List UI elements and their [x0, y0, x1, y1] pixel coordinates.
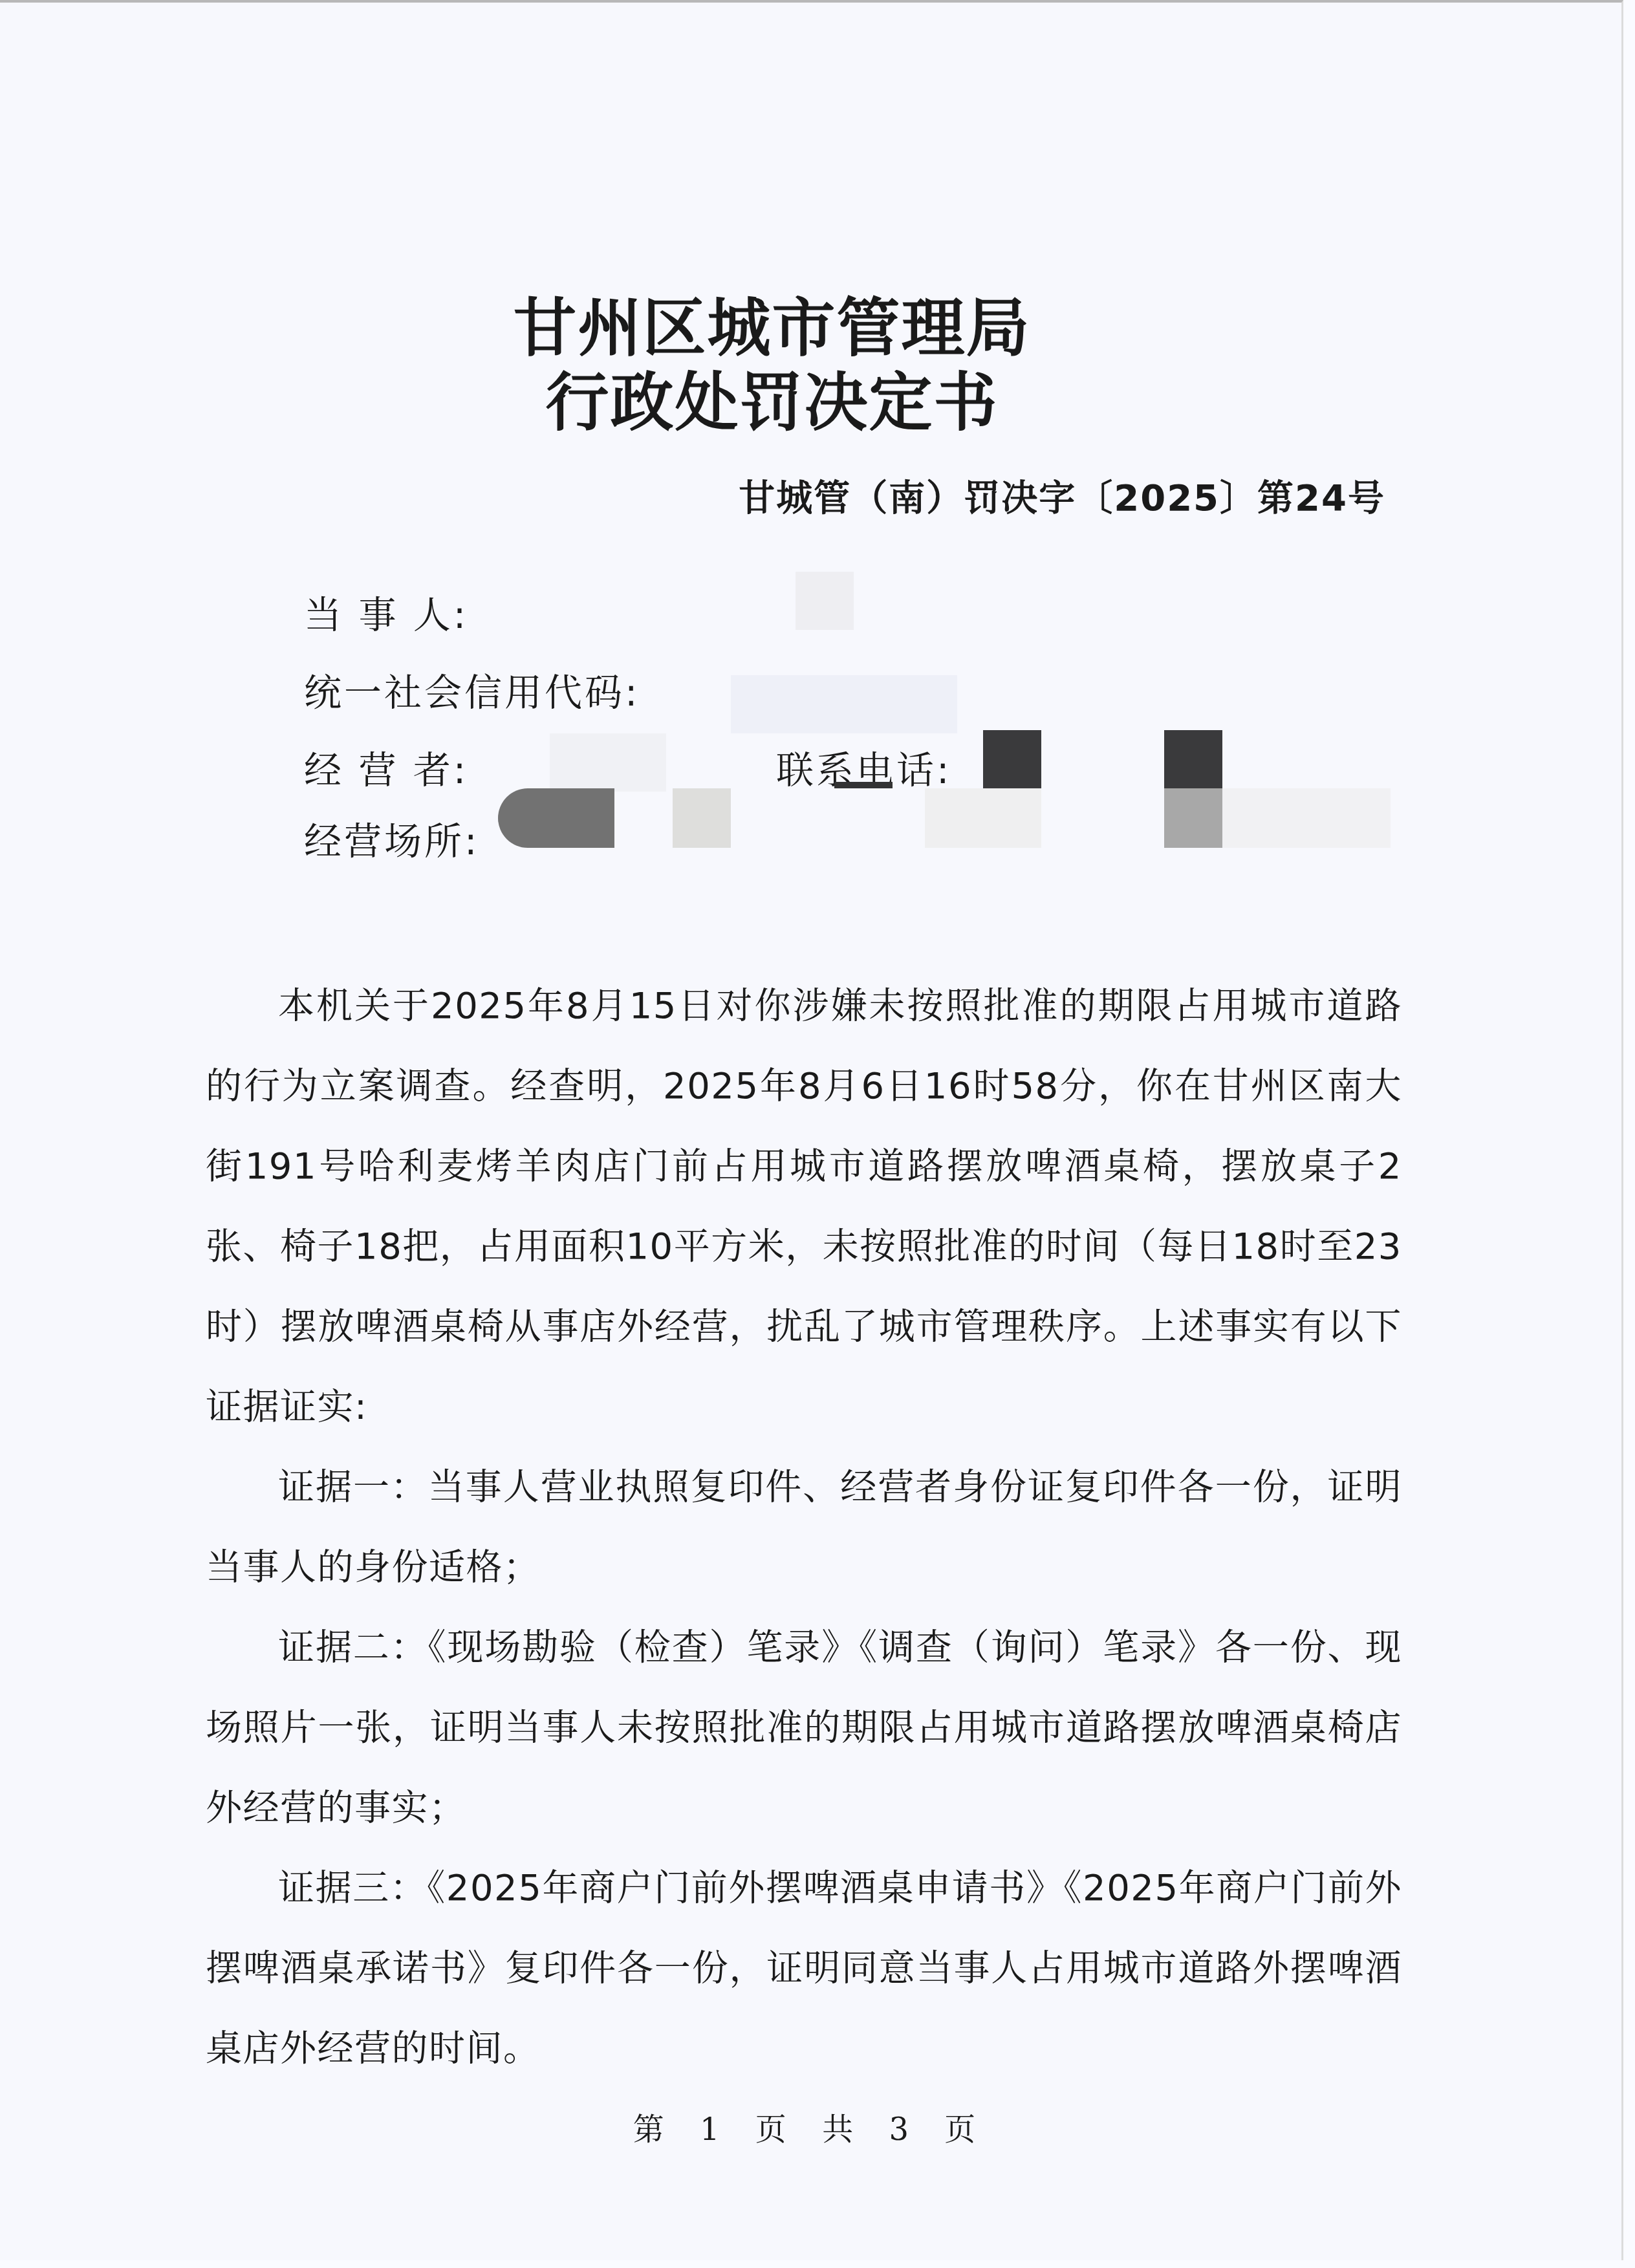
premises-redaction-block-1 [498, 788, 614, 848]
premises-redaction-block-4 [925, 788, 1041, 848]
party-label: 当 事 人: [304, 585, 468, 639]
phone-redaction-block-2 [1164, 730, 1222, 788]
page-indicator: 第 1 页 共 3 页 [0, 2104, 1621, 2149]
document-type-title: 行政处罚决定书 [0, 371, 1583, 435]
premises-redaction-block-5 [1164, 788, 1222, 848]
party-value-redaction [796, 572, 854, 630]
phone-redaction-block-1 [983, 730, 1041, 788]
evidence-two-paragraph: 证据二：《现场勘验（检查）笔录》《调查（询问）笔录》各一份、现场照片一张，证明当… [206, 1608, 1402, 1848]
decision-body: 本机关于2025年8月15日对你涉嫌未按照批准的期限占用城市道路的行为立案调查。… [206, 966, 1402, 2089]
premises-label: 经营场所: [304, 811, 480, 865]
credit-code-redaction [731, 675, 957, 733]
credit-code-label: 统一社会信用代码: [304, 662, 640, 717]
document-number: 甘城管（南）罚决字〔2025〕第24号 [739, 470, 1385, 521]
issuing-authority-title: 甘州区城市管理局 [0, 297, 1583, 360]
document-page: 甘州区城市管理局 行政处罚决定书 甘城管（南）罚决字〔2025〕第24号 当 事… [0, 0, 1623, 2260]
operator-redaction [550, 733, 666, 792]
operator-label: 经 营 者: [304, 740, 468, 794]
premises-redaction-block-2 [673, 788, 731, 848]
evidence-three-paragraph: 证据三：《2025年商户门前外摆啤酒桌申请书》《2025年商户门前外摆啤酒桌承诺… [206, 1848, 1402, 2089]
premises-redaction-block-3 [834, 782, 893, 788]
evidence-one-paragraph: 证据一：当事人营业执照复印件、经营者身份证复印件各一份，证明当事人的身份适格； [206, 1447, 1402, 1608]
premises-redaction-block-6 [1222, 788, 1391, 848]
findings-paragraph: 本机关于2025年8月15日对你涉嫌未按照批准的期限占用城市道路的行为立案调查。… [206, 966, 1402, 1447]
